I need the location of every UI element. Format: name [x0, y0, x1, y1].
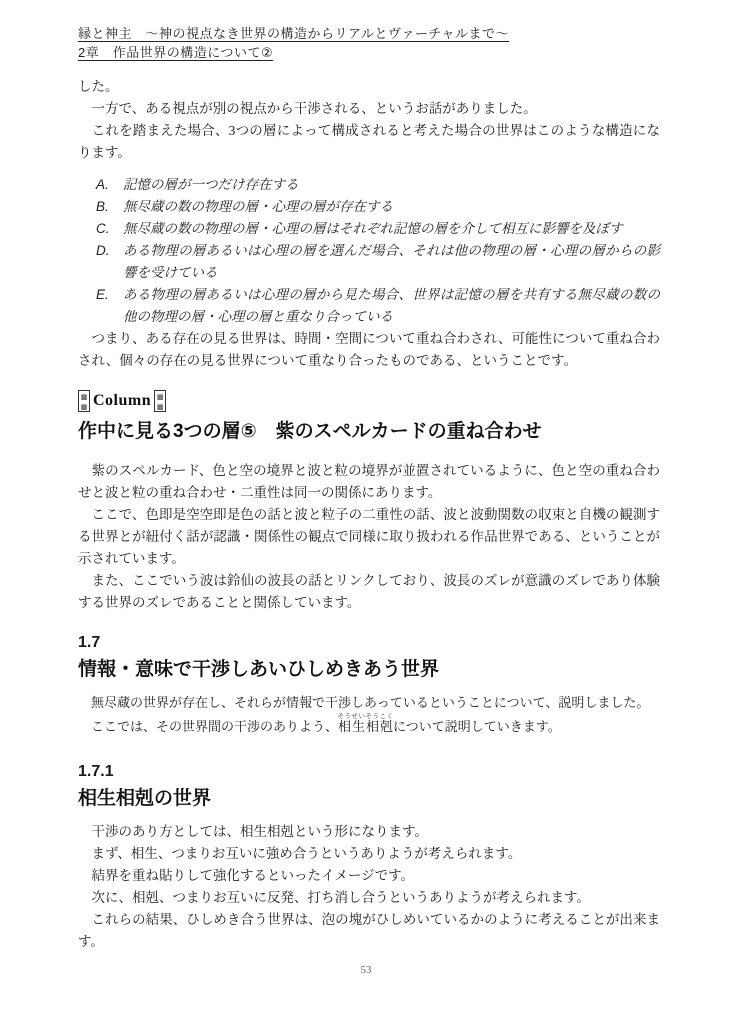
column-label-text: Column — [93, 392, 151, 410]
section-number: 1.7 — [78, 632, 660, 654]
section-title: 情報・意味で干渉しあいひしめきあう世界 — [78, 656, 660, 684]
seal-ornament-right-icon: ▩▩ — [154, 390, 166, 412]
paragraph: まず、相生、つまりお互いに強め合うというありようが考えられます。 — [78, 843, 660, 865]
list-item-text: 無尽蔵の数の物理の層・心理の層はそれぞれ記憶の層を介して相互に影響を及ぼす — [123, 218, 660, 240]
list-item: A. 記憶の層が一つだけ存在する — [96, 174, 660, 196]
paragraph: これを踏まえた場合、3つの層によって構成されると考えた場合の世界はこのような構造… — [78, 120, 660, 164]
list-item-label: C. — [96, 218, 123, 240]
list-item: E. ある物理の層あるいは心理の層から見た場合、世界は記憶の層を共有する無尽蔵の… — [96, 284, 660, 328]
paragraph: 一方で、ある視点が別の視点から干渉される、というお話がありました。 — [78, 98, 660, 120]
paragraph: 結界を重ね貼りして強化するといったイメージです。 — [78, 865, 660, 887]
list-item: B. 無尽蔵の数の物理の層・心理の層が存在する — [96, 196, 660, 218]
list-item-text: 記憶の層が一つだけ存在する — [123, 174, 660, 196]
paragraph: 紫のスペルカード、色と空の境界と波と粒の境界が並置されているように、色と空の重ね… — [78, 460, 660, 504]
column-body: 紫のスペルカード、色と空の境界と波と粒の境界が並置されているように、色と空の重ね… — [78, 460, 660, 614]
list-item-label: D. — [96, 240, 123, 262]
paragraph-continuation: した。 — [78, 76, 660, 98]
page-footer: 53 — [0, 960, 732, 978]
paragraph: これらの結果、ひしめき合う世界は、泡の塊がひしめいているかのように考えることが出… — [78, 909, 660, 953]
paragraph: 次に、相剋、つまりお互いに反発、打ち消し合うというありようが考えられます。 — [78, 887, 660, 909]
list-item-text: ある物理の層あるいは心理の層から見た場合、世界は記憶の層を共有する無尽蔵の数の他… — [123, 284, 660, 328]
list-item-label: E. — [96, 284, 123, 306]
document-page: 縁と神主 〜神の視点なき世界の構造からリアルとヴァーチャルまで〜 2章 作品世界… — [0, 0, 732, 1024]
paragraph: 無尽蔵の世界が存在し、それらが情報で干渉しあっているということについて、説明しま… — [78, 692, 660, 713]
page-number: 53 — [361, 964, 372, 976]
section-body: 無尽蔵の世界が存在し、それらが情報で干渉しあっているということについて、説明しま… — [78, 692, 660, 737]
section-body: 干渉のあり方としては、相生相剋という形になります。 まず、相生、つまりお互いに強… — [78, 821, 660, 953]
section-title: 相生相剋の世界 — [78, 785, 660, 813]
chapter-header: 2章 作品世界の構造について② — [78, 43, 660, 62]
list-item-text: 無尽蔵の数の物理の層・心理の層が存在する — [123, 196, 660, 218]
list-item-label: A. — [96, 174, 123, 196]
list-item: D. ある物理の層あるいは心理の層を選んだ場合、それは他の物理の層・心理の層から… — [96, 240, 660, 284]
paragraph: また、ここでいう波は鈴仙の波長の話とリンクしており、波長のズレが意識のズレであり… — [78, 570, 660, 614]
layer-structure-list: A. 記憶の層が一つだけ存在する B. 無尽蔵の数の物理の層・心理の層が存在する… — [96, 174, 660, 328]
seal-ornament-left-icon: ▩▩ — [78, 390, 90, 412]
list-item: C. 無尽蔵の数の物理の層・心理の層はそれぞれ記憶の層を介して相互に影響を及ぼす — [96, 218, 660, 240]
page-header: 縁と神主 〜神の視点なき世界の構造からリアルとヴァーチャルまで〜 2章 作品世界… — [78, 24, 660, 62]
paragraph-with-ruby: ここでは、その世界間の干渉のありよう、相生相剋そうせいそうこくについて説明してい… — [78, 713, 660, 737]
ruby-annotation: 相生相剋そうせいそうこく — [338, 719, 393, 734]
ruby-before-text: ここでは、その世界間の干渉のありよう、 — [78, 719, 338, 734]
paragraph: 干渉のあり方としては、相生相剋という形になります。 — [78, 821, 660, 843]
section-1-7-1: 1.7.1 相生相剋の世界 干渉のあり方としては、相生相剋という形になります。 … — [78, 761, 660, 953]
list-item-label: B. — [96, 196, 123, 218]
column-label: ▩▩ Column ▩▩ — [78, 388, 660, 414]
ruby-base: 相生相剋 — [338, 719, 394, 734]
column-heading: 作中に見る3つの層⑤ 紫のスペルカードの重ね合わせ — [78, 418, 660, 446]
list-item-text: ある物理の層あるいは心理の層を選んだ場合、それは他の物理の層・心理の層からの影響… — [123, 240, 660, 284]
ruby-after-text: について説明していきます。 — [393, 719, 561, 734]
section-1-7: 1.7 情報・意味で干渉しあいひしめきあう世界 無尽蔵の世界が存在し、それらが情… — [78, 632, 660, 737]
page-content: した。 一方で、ある視点が別の視点から干渉される、というお話がありました。 これ… — [78, 62, 660, 953]
column-section: ▩▩ Column ▩▩ 作中に見る3つの層⑤ 紫のスペルカードの重ね合わせ 紫… — [78, 388, 660, 614]
section-number: 1.7.1 — [78, 761, 660, 783]
intro-block: した。 一方で、ある視点が別の視点から干渉される、というお話がありました。 これ… — [78, 76, 660, 164]
book-title-header: 縁と神主 〜神の視点なき世界の構造からリアルとヴァーチャルまで〜 — [78, 24, 660, 43]
ruby-furigana: そうせいそうこく — [338, 713, 394, 720]
paragraph: ここで、色即是空空即是色の話と波と粒子の二重性の話、波と波動関数の収束と自機の観… — [78, 504, 660, 570]
summary-paragraph: つまり、ある存在の見る世界は、時間・空間について重ね合わされ、可能性について重ね… — [78, 328, 660, 372]
